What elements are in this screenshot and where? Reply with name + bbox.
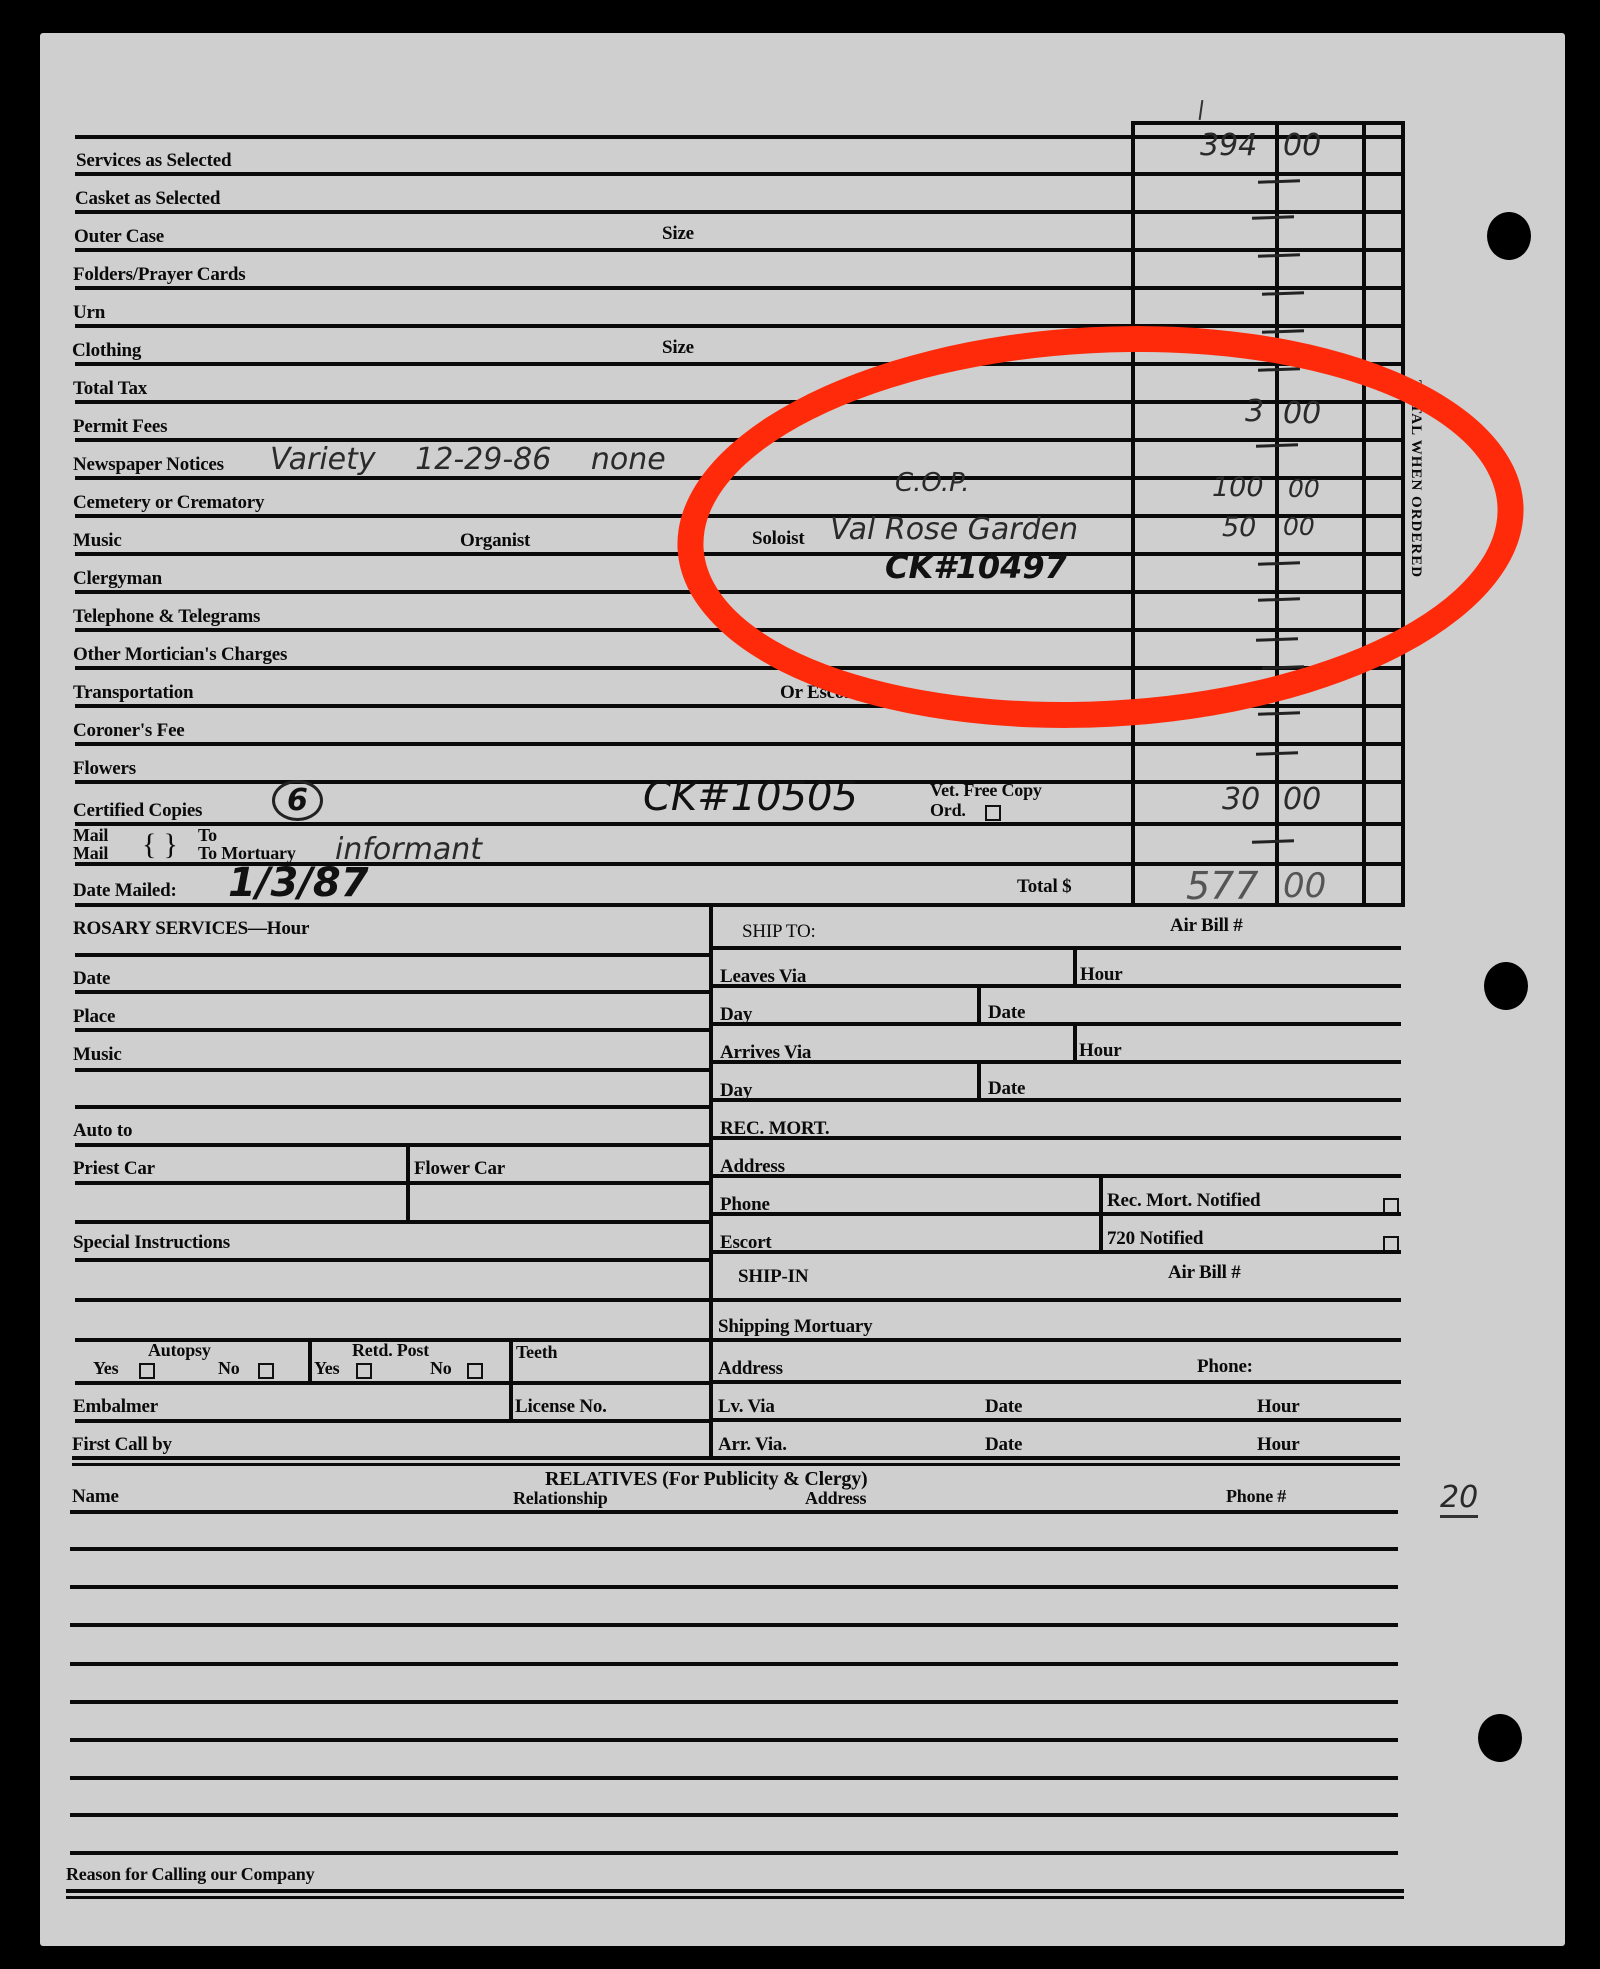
label-mail-to: To: [198, 826, 217, 844]
relatives-row-line: [70, 1776, 1398, 1780]
label-retd-post: Retd. Post: [352, 1340, 429, 1361]
label-autopsy: Autopsy: [148, 1340, 211, 1361]
newspaper-handwritten: Variety 12-29-86 none: [270, 442, 666, 477]
relatives-row-line: [70, 1700, 1398, 1704]
label-outer-case: Outer Case: [74, 226, 164, 248]
rosary-flower-car: Flower Car: [414, 1158, 505, 1180]
ship-in-phone: Phone:: [1197, 1356, 1253, 1378]
autopsy-no-checkbox[interactable]: [258, 1363, 274, 1379]
vet-ord-checkbox[interactable]: [985, 805, 1001, 821]
ship-to-title: SHIP TO:: [742, 921, 816, 943]
label-music: Music: [73, 530, 122, 552]
label-urn: Urn: [73, 302, 105, 324]
ship-in-address: Address: [718, 1358, 783, 1380]
label-permit-fees: Permit Fees: [73, 416, 167, 438]
reason-label: Reason for Calling our Company: [66, 1864, 314, 1885]
label-flowers: Flowers: [73, 758, 136, 780]
label-vet-ord: Ord.: [930, 800, 966, 821]
label-retd-no: No: [430, 1358, 452, 1379]
ship-to-air-bill: Air Bill #: [1170, 915, 1243, 937]
hole-punch-middle: [1484, 962, 1528, 1010]
mail-bracket: { }: [142, 828, 178, 862]
relatives-row-line: [70, 1813, 1398, 1817]
bottom-double-2: [66, 1896, 1404, 1899]
ship-to-hour-1: Hour: [1080, 964, 1122, 986]
label-total-tax: Total Tax: [73, 378, 147, 400]
rosary-title: ROSARY SERVICES—Hour: [73, 918, 309, 940]
rosary-special-instructions: Special Instructions: [73, 1232, 230, 1254]
label-coroner: Coroner's Fee: [73, 720, 185, 742]
ship-in-date-2: Date: [985, 1434, 1022, 1456]
label-autopsy-no: No: [218, 1358, 240, 1379]
hole-punch-top: [1487, 212, 1531, 260]
label-certified-copies: Certified Copies: [73, 800, 202, 822]
label-embalmer: Embalmer: [73, 1396, 158, 1418]
label-total: Total $: [1017, 876, 1071, 898]
label-clothing-size: Size: [662, 337, 694, 359]
relatives-col-phone: Phone #: [1226, 1486, 1286, 1507]
relatives-row-line: [70, 1851, 1398, 1855]
label-casket: Casket as Selected: [75, 188, 220, 210]
hole-punch-bottom: [1478, 1714, 1522, 1762]
relatives-row-line: [70, 1738, 1398, 1742]
relatives-row-line: [70, 1623, 1398, 1627]
ship-in-arr-via: Arr. Via.: [718, 1434, 787, 1456]
ship-in-hour-2: Hour: [1257, 1434, 1299, 1456]
amount-services-cents: 00: [1283, 128, 1321, 163]
label-autopsy-yes: Yes: [93, 1358, 118, 1379]
autopsy-yes-checkbox[interactable]: [139, 1363, 155, 1379]
relatives-col-address: Address: [805, 1488, 866, 1509]
rosary-date: Date: [73, 968, 110, 990]
label-clergyman: Clergyman: [73, 568, 162, 590]
ship-in-shipping-mortuary: Shipping Mortuary: [718, 1316, 872, 1338]
ship-in-hour-1: Hour: [1257, 1396, 1299, 1418]
label-clothing: Clothing: [72, 340, 141, 362]
label-cemetery: Cemetery or Crematory: [73, 492, 264, 514]
label-license-no: License No.: [515, 1396, 607, 1418]
label-date-mailed: Date Mailed:: [73, 880, 177, 902]
label-vet-free-copy: Vet. Free Copy: [930, 780, 1042, 801]
relatives-row-line: [70, 1662, 1398, 1666]
ship-in-lv-via: Lv. Via: [718, 1396, 775, 1418]
rosary-music: Music: [73, 1044, 122, 1066]
ship-to-hour-2: Hour: [1079, 1040, 1121, 1062]
ship-to-date-1: Date: [988, 1002, 1025, 1024]
label-newspaper: Newspaper Notices: [73, 454, 224, 476]
ship-to-720-notified: 720 Notified: [1107, 1228, 1203, 1250]
divider-double-1: [72, 1456, 1400, 1460]
ship-in-date-1: Date: [985, 1396, 1022, 1418]
label-retd-yes: Yes: [314, 1358, 339, 1379]
label-other-mortician: Other Mortician's Charges: [73, 644, 287, 666]
retd-post-yes-checkbox[interactable]: [356, 1363, 372, 1379]
total-dollars: 577: [1186, 864, 1259, 908]
label-folders: Folders/Prayer Cards: [73, 264, 245, 286]
label-outer-case-size: Size: [662, 223, 694, 245]
relatives-row-line: [70, 1547, 1398, 1551]
label-mail-2: Mail: [73, 844, 108, 862]
bottom-double-1: [66, 1889, 1404, 1893]
divider-double-2: [72, 1463, 1400, 1466]
rosary-auto-to: Auto to: [73, 1120, 132, 1142]
relatives-row-line: [70, 1585, 1398, 1589]
certified-copies-count: 6: [272, 780, 323, 821]
ship-in-air-bill: Air Bill #: [1168, 1262, 1241, 1284]
ship-in-title: SHIP-IN: [738, 1266, 808, 1288]
total-cents: 00: [1283, 866, 1326, 906]
label-telephone: Telephone & Telegrams: [73, 606, 260, 628]
margin-note: 20: [1440, 1480, 1478, 1518]
label-services: Services as Selected: [76, 150, 231, 172]
label-teeth: Teeth: [516, 1342, 557, 1363]
certified-copies-check-number: CK#10505: [643, 774, 858, 820]
relatives-col-relationship: Relationship: [513, 1488, 608, 1509]
ship-to-rec-mort-notified: Rec. Mort. Notified: [1107, 1190, 1260, 1212]
label-mail-1: Mail: [73, 826, 108, 844]
amount-services-dollars: 394: [1200, 128, 1257, 163]
label-organist: Organist: [460, 530, 530, 552]
relatives-col-name: Name: [72, 1486, 119, 1508]
label-first-call-by: First Call by: [72, 1434, 172, 1456]
date-mailed-value: 1/3/87: [228, 860, 369, 906]
amount-certified-dollars: 30: [1222, 782, 1260, 817]
rosary-priest-car: Priest Car: [73, 1158, 155, 1180]
ship-to-date-2: Date: [988, 1078, 1025, 1100]
amount-certified-cents: 00: [1283, 782, 1321, 817]
retd-post-no-checkbox[interactable]: [467, 1363, 483, 1379]
label-transportation: Transportation: [73, 682, 193, 704]
rosary-place: Place: [73, 1006, 115, 1028]
